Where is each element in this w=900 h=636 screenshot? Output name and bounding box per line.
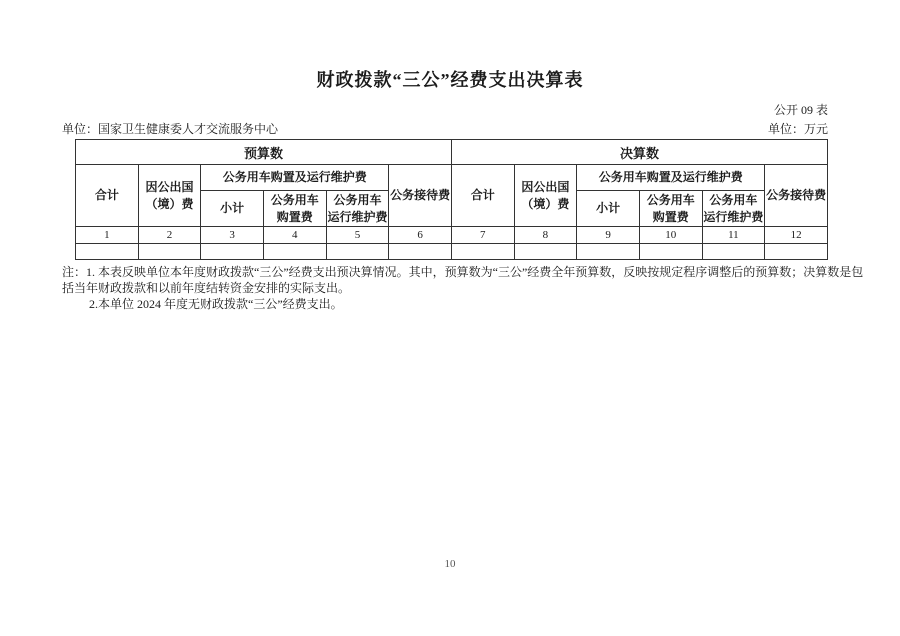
final-maintenance-header: 公务用车 运行维护费 xyxy=(702,191,765,227)
final-abroad-header: 因公出国 （境）费 xyxy=(514,165,577,227)
budget-abroad-header: 因公出国 （境）费 xyxy=(138,165,201,227)
page-title: 财政拨款“三公”经费支出决算表 xyxy=(0,66,900,92)
final-total-header: 合计 xyxy=(451,165,514,227)
data-cell xyxy=(138,244,201,260)
data-cell xyxy=(326,244,389,260)
note-line-1: 注：1. 本表反映单位本年度财政拨款“三公”经费支出预决算情况。其中，预算数为“… xyxy=(62,264,862,280)
final-group-header: 决算数 xyxy=(451,140,827,165)
budget-vehicle-group-header: 公务用车购置及运行维护费 xyxy=(201,165,389,191)
data-cell xyxy=(451,244,514,260)
budget-maintenance-header: 公务用车 运行维护费 xyxy=(326,191,389,227)
column-number-cell: 2 xyxy=(138,227,201,244)
data-cell xyxy=(263,244,326,260)
table-code-label: 公开 09 表 xyxy=(774,101,828,118)
final-subtotal-header: 小计 xyxy=(577,191,640,227)
column-number-cell: 3 xyxy=(201,227,264,244)
data-cell xyxy=(76,244,139,260)
column-number-cell: 8 xyxy=(514,227,577,244)
final-purchase-header: 公务用车 购置费 xyxy=(639,191,702,227)
three-public-expense-table: 预算数 决算数 合计 因公出国 （境）费 公务用车购置及运行维护费 公务接待费 … xyxy=(75,139,828,260)
unit-name-label: 单位：国家卫生健康委人才交流服务中心 xyxy=(62,120,278,137)
note-line-3: 2.本单位 2024 年度无财政拨款“三公”经费支出。 xyxy=(62,296,862,312)
column-number-cell: 11 xyxy=(702,227,765,244)
budget-group-header: 预算数 xyxy=(76,140,452,165)
budget-purchase-header: 公务用车 购置费 xyxy=(263,191,326,227)
data-cell xyxy=(702,244,765,260)
data-row xyxy=(76,244,828,260)
budget-total-header: 合计 xyxy=(76,165,139,227)
data-cell xyxy=(577,244,640,260)
final-vehicle-group-header: 公务用车购置及运行维护费 xyxy=(577,165,765,191)
notes-block: 注：1. 本表反映单位本年度财政拨款“三公”经费支出预决算情况。其中，预算数为“… xyxy=(62,264,862,312)
data-cell xyxy=(389,244,452,260)
note-line-2: 括当年财政拨款和以前年度结转资金安排的实际支出。 xyxy=(62,280,862,296)
document-page: 财政拨款“三公”经费支出决算表 公开 09 表 单位：国家卫生健康委人才交流服务… xyxy=(0,0,900,636)
column-number-cell: 12 xyxy=(765,227,828,244)
column-number-cell: 9 xyxy=(577,227,640,244)
column-number-cell: 5 xyxy=(326,227,389,244)
data-cell xyxy=(201,244,264,260)
page-number: 10 xyxy=(0,558,900,570)
column-number-row: 1 2 3 4 5 6 7 8 9 10 11 12 xyxy=(76,227,828,244)
column-number-cell: 7 xyxy=(451,227,514,244)
column-number-cell: 6 xyxy=(389,227,452,244)
sub-header-row-1: 合计 因公出国 （境）费 公务用车购置及运行维护费 公务接待费 合计 因公出国 … xyxy=(76,165,828,191)
group-header-row: 预算数 决算数 xyxy=(76,140,828,165)
data-cell xyxy=(765,244,828,260)
final-reception-header: 公务接待费 xyxy=(765,165,828,227)
column-number-cell: 4 xyxy=(263,227,326,244)
budget-reception-header: 公务接待费 xyxy=(389,165,452,227)
budget-subtotal-header: 小计 xyxy=(201,191,264,227)
column-number-cell: 10 xyxy=(639,227,702,244)
data-cell xyxy=(514,244,577,260)
column-number-cell: 1 xyxy=(76,227,139,244)
unit-of-measure-label: 单位：万元 xyxy=(768,120,828,137)
data-cell xyxy=(639,244,702,260)
